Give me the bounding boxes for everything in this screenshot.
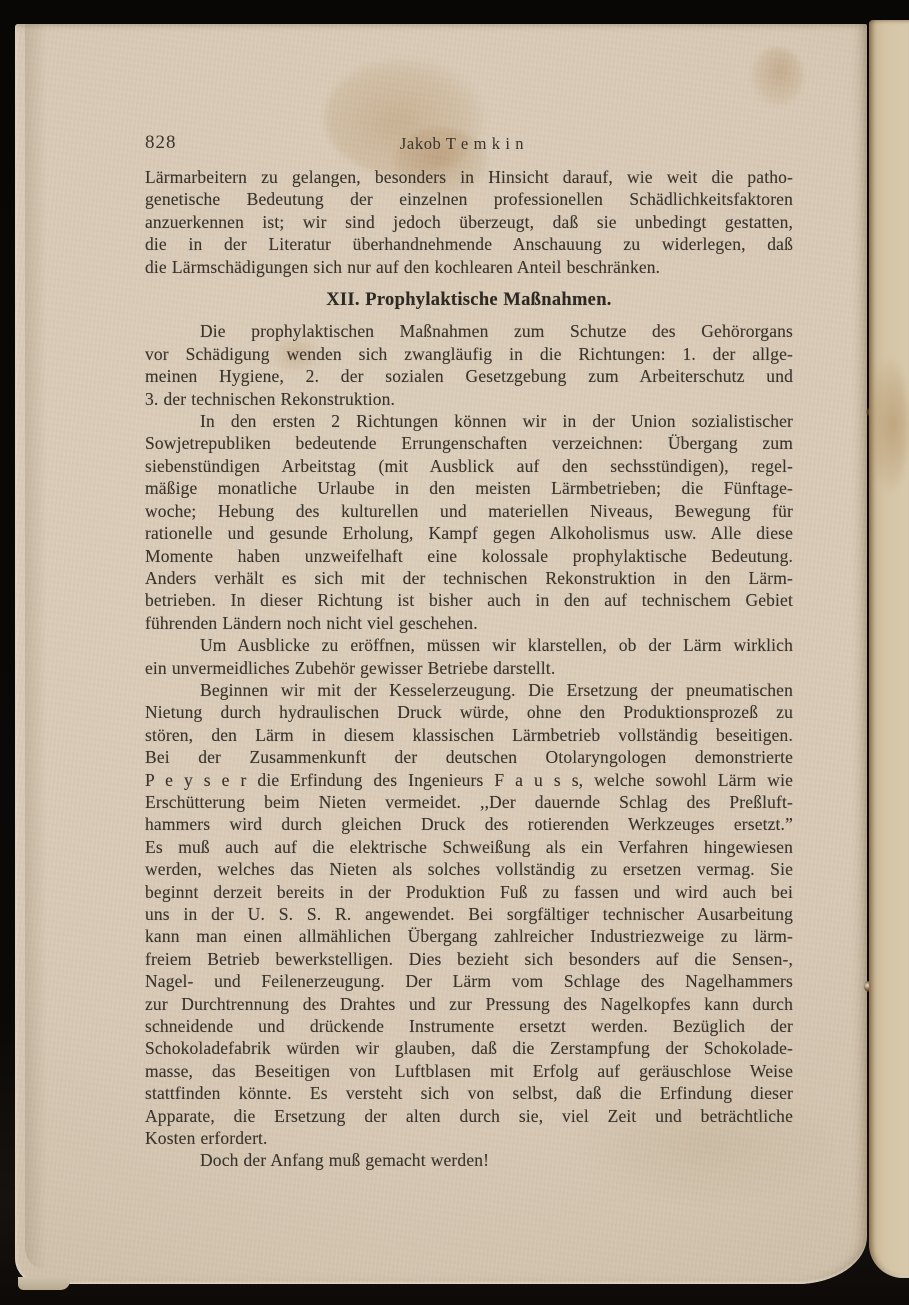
text-line: Schokoladefabrik würden wir glauben, daß… bbox=[145, 1037, 793, 1059]
text-line: uns in der U. S. S. R. angewendet. Bei s… bbox=[145, 903, 793, 925]
text-line: Sowjetrepubliken bedeutende Errungenscha… bbox=[145, 432, 793, 454]
text-line: genetische Bedeutung der einzelnen profe… bbox=[145, 188, 793, 210]
text-line: betrieben. In dieser Richtung ist bisher… bbox=[145, 589, 793, 611]
next-page-edge bbox=[869, 20, 909, 1278]
text-line: In den ersten 2 Richtungen können wir in… bbox=[145, 410, 793, 432]
text-line: Momente haben unzweifelhaft eine kolossa… bbox=[145, 545, 793, 567]
text-line: die Lärmschädigungen sich nur auf den ko… bbox=[145, 256, 793, 278]
running-head: 828 Jakob T e m k i n bbox=[145, 132, 793, 156]
text-line: schneidende und drückende Instrumente er… bbox=[145, 1015, 793, 1037]
text-line: Anders verhält es sich mit der technisch… bbox=[145, 567, 793, 589]
text-line: P e y s e r die Erfindung des Ingenieurs… bbox=[145, 769, 793, 791]
text-line: Kosten erfordert. bbox=[145, 1127, 793, 1149]
text-line: führenden Ländern noch nicht viel gesche… bbox=[145, 612, 793, 634]
running-header-author: Jakob T e m k i n bbox=[145, 134, 779, 154]
text-line: Doch der Anfang muß gemacht werden! bbox=[145, 1149, 793, 1171]
text-line: Nietung durch hydraulischen Druck würde,… bbox=[145, 701, 793, 723]
book-page: 828 Jakob T e m k i n Lärmarbeitern zu g… bbox=[15, 24, 867, 1284]
section-heading: XII. Prophylaktische Maßnahmen. bbox=[145, 289, 793, 311]
text-line: freiem Betrieb bewerkstelligen. Dies bez… bbox=[145, 948, 793, 970]
text-line: Beginnen wir mit der Kesselerzeugung. Di… bbox=[145, 679, 793, 701]
page-content: 828 Jakob T e m k i n Lärmarbeitern zu g… bbox=[145, 24, 793, 1284]
body-text: Lärmarbeitern zu gelangen, besonders in … bbox=[145, 166, 793, 1172]
text-line: masse, das Beseitigen von Luftblasen mit… bbox=[145, 1060, 793, 1082]
text-line: 3. der technischen Rekonstruktion. bbox=[145, 388, 793, 410]
text-line: Es muß auch auf die elektrische Schweißu… bbox=[145, 836, 793, 858]
text-line: Erschütterung beim Nieten vermeidet. ,,D… bbox=[145, 791, 793, 813]
text-line: rationelle und gesunde Erholung, Kampf g… bbox=[145, 522, 793, 544]
text-line: hammers wird durch gleichen Druck des ro… bbox=[145, 813, 793, 835]
text-line: ein unvermeidliches Zubehör gewisser Bet… bbox=[145, 657, 793, 679]
text-line: stattfinden könnte. Es versteht sich von… bbox=[145, 1082, 793, 1104]
text-line: mäßige monatliche Urlaube in den meisten… bbox=[145, 477, 793, 499]
foxing-stain bbox=[869, 360, 909, 490]
text-line: siebenstündigen Arbeitstag (mit Ausblick… bbox=[145, 455, 793, 477]
text-line: Um Ausblicke zu eröffnen, müssen wir kla… bbox=[145, 634, 793, 656]
text-line: beginnt derzeit bereits in der Produktio… bbox=[145, 881, 793, 903]
text-line: meinen Hygiene, 2. der sozialen Gesetzge… bbox=[145, 365, 793, 387]
text-line: zur Durchtrennung des Drahtes und zur Pr… bbox=[145, 993, 793, 1015]
text-line: stören, den Lärm in diesem klassischen L… bbox=[145, 724, 793, 746]
text-line: Lärmarbeitern zu gelangen, besonders in … bbox=[145, 166, 793, 188]
text-line: Apparate, die Ersetzung der alten durch … bbox=[145, 1105, 793, 1127]
text-line: vor Schädigung wenden sich zwangläufig i… bbox=[145, 343, 793, 365]
text-line: Die prophylaktischen Maßnahmen zum Schut… bbox=[145, 320, 793, 342]
text-line: woche; Hebung des kulturellen und materi… bbox=[145, 500, 793, 522]
under-sheet-edge bbox=[18, 1277, 70, 1290]
text-line: anzuerkennen ist; wir sind jedoch überze… bbox=[145, 211, 793, 233]
text-line: Nagel- und Feilenerzeugung. Der Lärm vom… bbox=[145, 970, 793, 992]
text-line: werden, welches das Nieten als solches v… bbox=[145, 858, 793, 880]
text-line: Bei der Zusammenkunft der deutschen Otol… bbox=[145, 746, 793, 768]
text-line: die in der Literatur überhandnehmende An… bbox=[145, 233, 793, 255]
text-line: kann man einen allmählichen Übergang zah… bbox=[145, 925, 793, 947]
